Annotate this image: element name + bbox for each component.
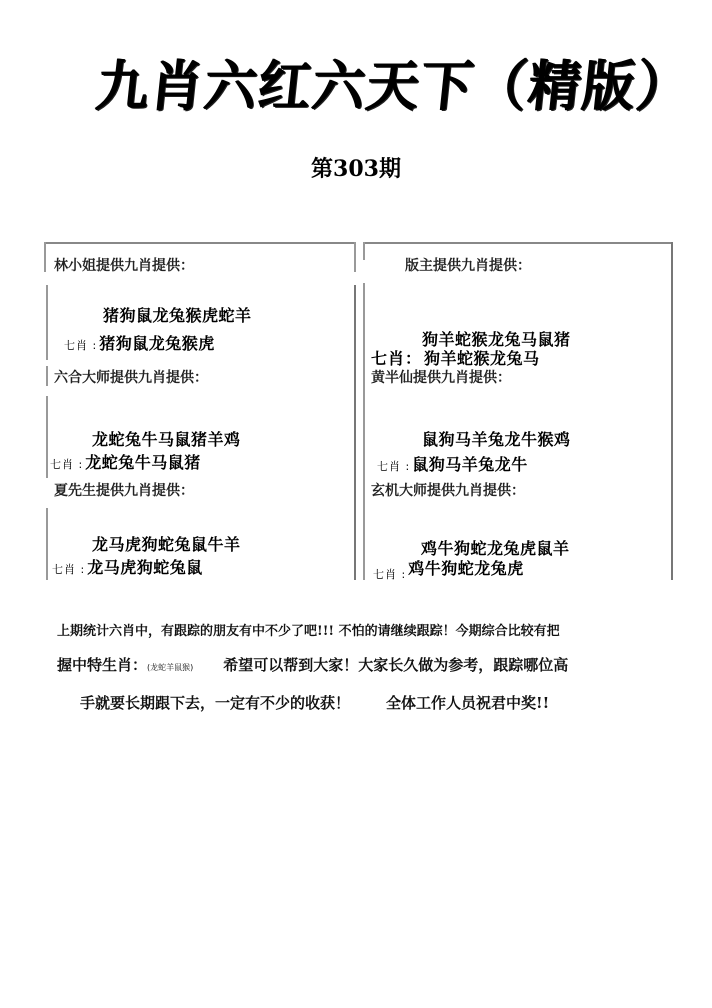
left-column-right-border [354, 242, 356, 272]
right-column-top-border [364, 242, 672, 244]
seven-zodiac-list: 狗羊蛇猴龙兔马 [424, 349, 540, 368]
section-title: 黄半仙提供九肖提供： [371, 367, 511, 387]
left-column-left-border [46, 285, 48, 360]
seven-zodiac-label: 七肖 : [52, 563, 85, 576]
left-column-top-border [44, 242, 356, 244]
footer-line-1: 上期统计六肖中，有跟踪的朋友有中不少了吧!!! 不怕的请继续跟踪！今期综合比较有… [57, 620, 560, 639]
seven-zodiac-list: 鸡牛狗蛇龙兔虎 [408, 559, 524, 578]
section-title: 林小姐提供九肖提供： [54, 255, 194, 275]
seven-zodiac-row: 七肖 :龙蛇兔牛马鼠猪 [50, 450, 201, 473]
lottery-tips-page: 九肖六红六天下（精版） 第303期 林小姐提供九肖提供： 猪狗鼠龙兔猴虎蛇羊 七… [0, 0, 712, 1008]
footer-line-2: 握中特生肖：(龙蛇羊鼠猴)希望可以帮到大家！大家长久做为参考，跟踪哪位高 [57, 654, 568, 675]
issue-number: 第303期 [0, 152, 712, 183]
seven-zodiac-label: 七肖 : [50, 458, 83, 471]
section-title: 玄机大师提供九肖提供： [371, 480, 525, 500]
seven-zodiac-list: 龙马虎狗蛇兔鼠 [87, 558, 203, 577]
seven-zodiac-label: 七肖 : [64, 339, 97, 352]
footer-line-3: 手就要长期跟下去，一定有不少的收获！全体工作人员祝君中奖!! [80, 692, 549, 713]
seven-zodiac-list: 龙蛇兔牛马鼠猪 [85, 453, 201, 472]
seven-zodiac-row: 七肖 :龙马虎狗蛇兔鼠 [52, 555, 203, 578]
section-title: 六合大师提供九肖提供： [54, 367, 208, 387]
special-zodiac-hint: (龙蛇羊鼠猴) [147, 663, 193, 672]
seven-zodiac-label: 七肖 : [373, 568, 406, 581]
special-zodiac-label: 握中特生肖： [57, 656, 147, 674]
nine-zodiac-list: 龙马虎狗蛇兔鼠牛羊 [92, 532, 241, 555]
left-column-left-border [44, 242, 46, 272]
seven-zodiac-label: 七肖： [371, 349, 422, 368]
left-column-right-border [354, 285, 356, 580]
footer-wishes: 全体工作人员祝君中奖!! [386, 694, 549, 712]
section-title: 夏先生提供九肖提供： [54, 480, 194, 500]
page-title: 九肖六红六天下（精版） [92, 50, 600, 124]
right-column-left-border [363, 242, 365, 260]
nine-zodiac-list: 龙蛇兔牛马鼠猪羊鸡 [92, 427, 241, 450]
right-column-left-border [363, 283, 365, 580]
seven-zodiac-row: 七肖 :鸡牛狗蛇龙兔虎 [373, 556, 524, 579]
seven-zodiac-list: 猪狗鼠龙兔猴虎 [99, 334, 215, 353]
left-column-left-border [46, 508, 48, 580]
footer-encouragement: 希望可以帮到大家！大家长久做为参考，跟踪哪位高 [223, 656, 568, 674]
seven-zodiac-label: 七肖 : [377, 460, 410, 473]
right-column-right-border [671, 242, 673, 580]
nine-zodiac-list: 猪狗鼠龙兔猴虎蛇羊 [103, 303, 252, 326]
nine-zodiac-list: 鼠狗马羊兔龙牛猴鸡 [422, 427, 571, 450]
seven-zodiac-row: 七肖 :猪狗鼠龙兔猴虎 [64, 331, 215, 354]
left-column-left-border [46, 396, 48, 478]
seven-zodiac-list: 鼠狗马羊兔龙牛 [412, 455, 528, 474]
left-column-left-border [46, 366, 48, 386]
seven-zodiac-row: 七肖：狗羊蛇猴龙兔马 [371, 346, 540, 369]
section-title: 版主提供九肖提供： [405, 255, 531, 275]
footer-follow-text: 手就要长期跟下去，一定有不少的收获！ [80, 694, 350, 712]
seven-zodiac-row: 七肖 :鼠狗马羊兔龙牛 [377, 452, 528, 475]
